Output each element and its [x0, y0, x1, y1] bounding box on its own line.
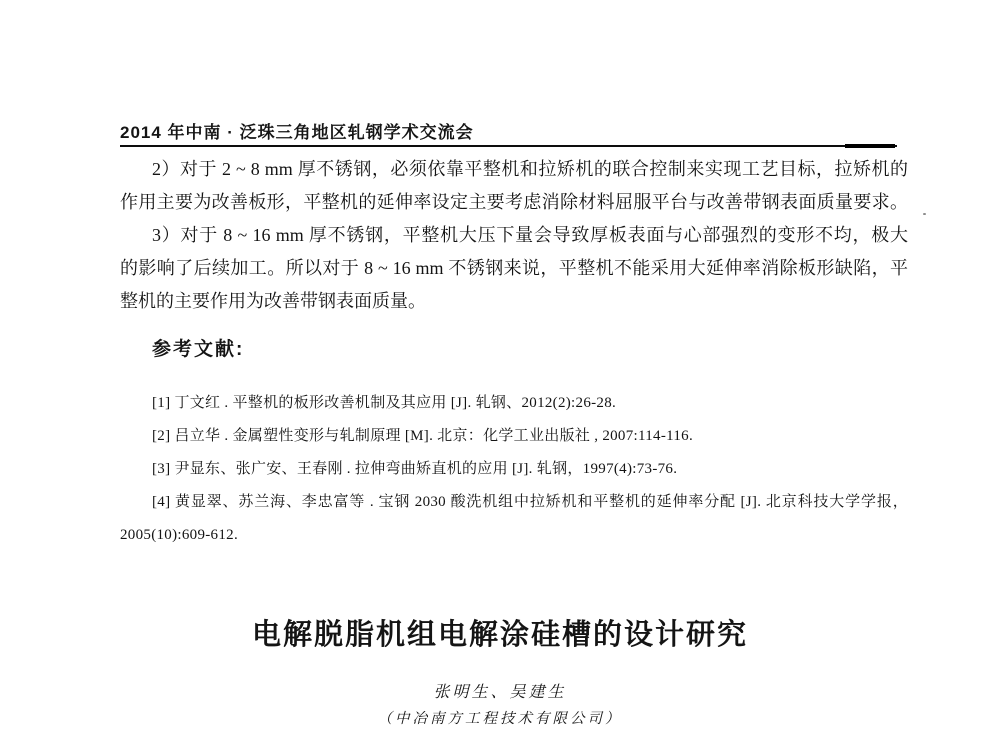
reference-item-4-line-1: [4] 黄显翠、苏兰海、李忠富等 . 宝钢 2030 酸洗机组中拉矫机和平整机的…: [120, 486, 908, 519]
body-paragraph-2: 3）对于 8 ~ 16 mm 厚不锈钢，平整机大压下量会导致厚板表面与心部强烈的…: [120, 219, 908, 318]
article-title: 电解脱脂机组电解涂硅槽的设计研究: [0, 612, 1000, 653]
reference-item-3: [3] 尹显东、张广安、王春刚 . 拉伸弯曲矫直机的应用 [J]. 轧钢，199…: [120, 453, 908, 486]
reference-item-4-line-2: 2005(10):609-612.: [120, 519, 908, 552]
body-text-line: 作用主要为改善板形，平整机的延伸率设定主要考虑消除材料屈服平台与改善带钢表面质量…: [120, 186, 908, 219]
body-paragraph-1: 2）对于 2 ~ 8 mm 厚不锈钢，必须依靠平整机和拉矫机的联合控制来实现工艺…: [120, 153, 908, 219]
article-authors: 张明生、吴建生: [0, 679, 1000, 702]
reference-item-1: [1] 丁文红 . 平整机的板形改善机制及其应用 [J]. 轧钢、2012(2)…: [120, 387, 908, 420]
scan-artifact-dot: [923, 213, 926, 215]
header-rule: [120, 145, 897, 147]
body-text-line: 的影响了后续加工。所以对于 8 ~ 16 mm 不锈钢来说，平整机不能采用大延伸…: [120, 252, 908, 285]
body-text-line: 3）对于 8 ~ 16 mm 厚不锈钢，平整机大压下量会导致厚板表面与心部强烈的…: [120, 219, 908, 252]
references-heading: 参考文献:: [152, 334, 244, 361]
scanned-paper-page: 2014 年中南 · 泛珠三角地区轧钢学术交流会 2）对于 2 ~ 8 mm 厚…: [0, 0, 1000, 735]
conference-header: 2014 年中南 · 泛珠三角地区轧钢学术交流会: [120, 118, 910, 143]
reference-item-2: [2] 吕立华 . 金属塑性变形与轧制原理 [M]. 北京：化学工业出版社 , …: [120, 420, 908, 453]
article-affiliation: （中冶南方工程技术有限公司）: [0, 707, 1000, 728]
body-text-line: 2）对于 2 ~ 8 mm 厚不锈钢，必须依靠平整机和拉矫机的联合控制来实现工艺…: [120, 153, 908, 186]
body-text-line: 整机的主要作用为改善带钢表面质量。: [120, 285, 908, 318]
header-rule-heavy-segment: [845, 144, 895, 148]
references-list: [1] 丁文红 . 平整机的板形改善机制及其应用 [J]. 轧钢、2012(2)…: [120, 387, 908, 552]
